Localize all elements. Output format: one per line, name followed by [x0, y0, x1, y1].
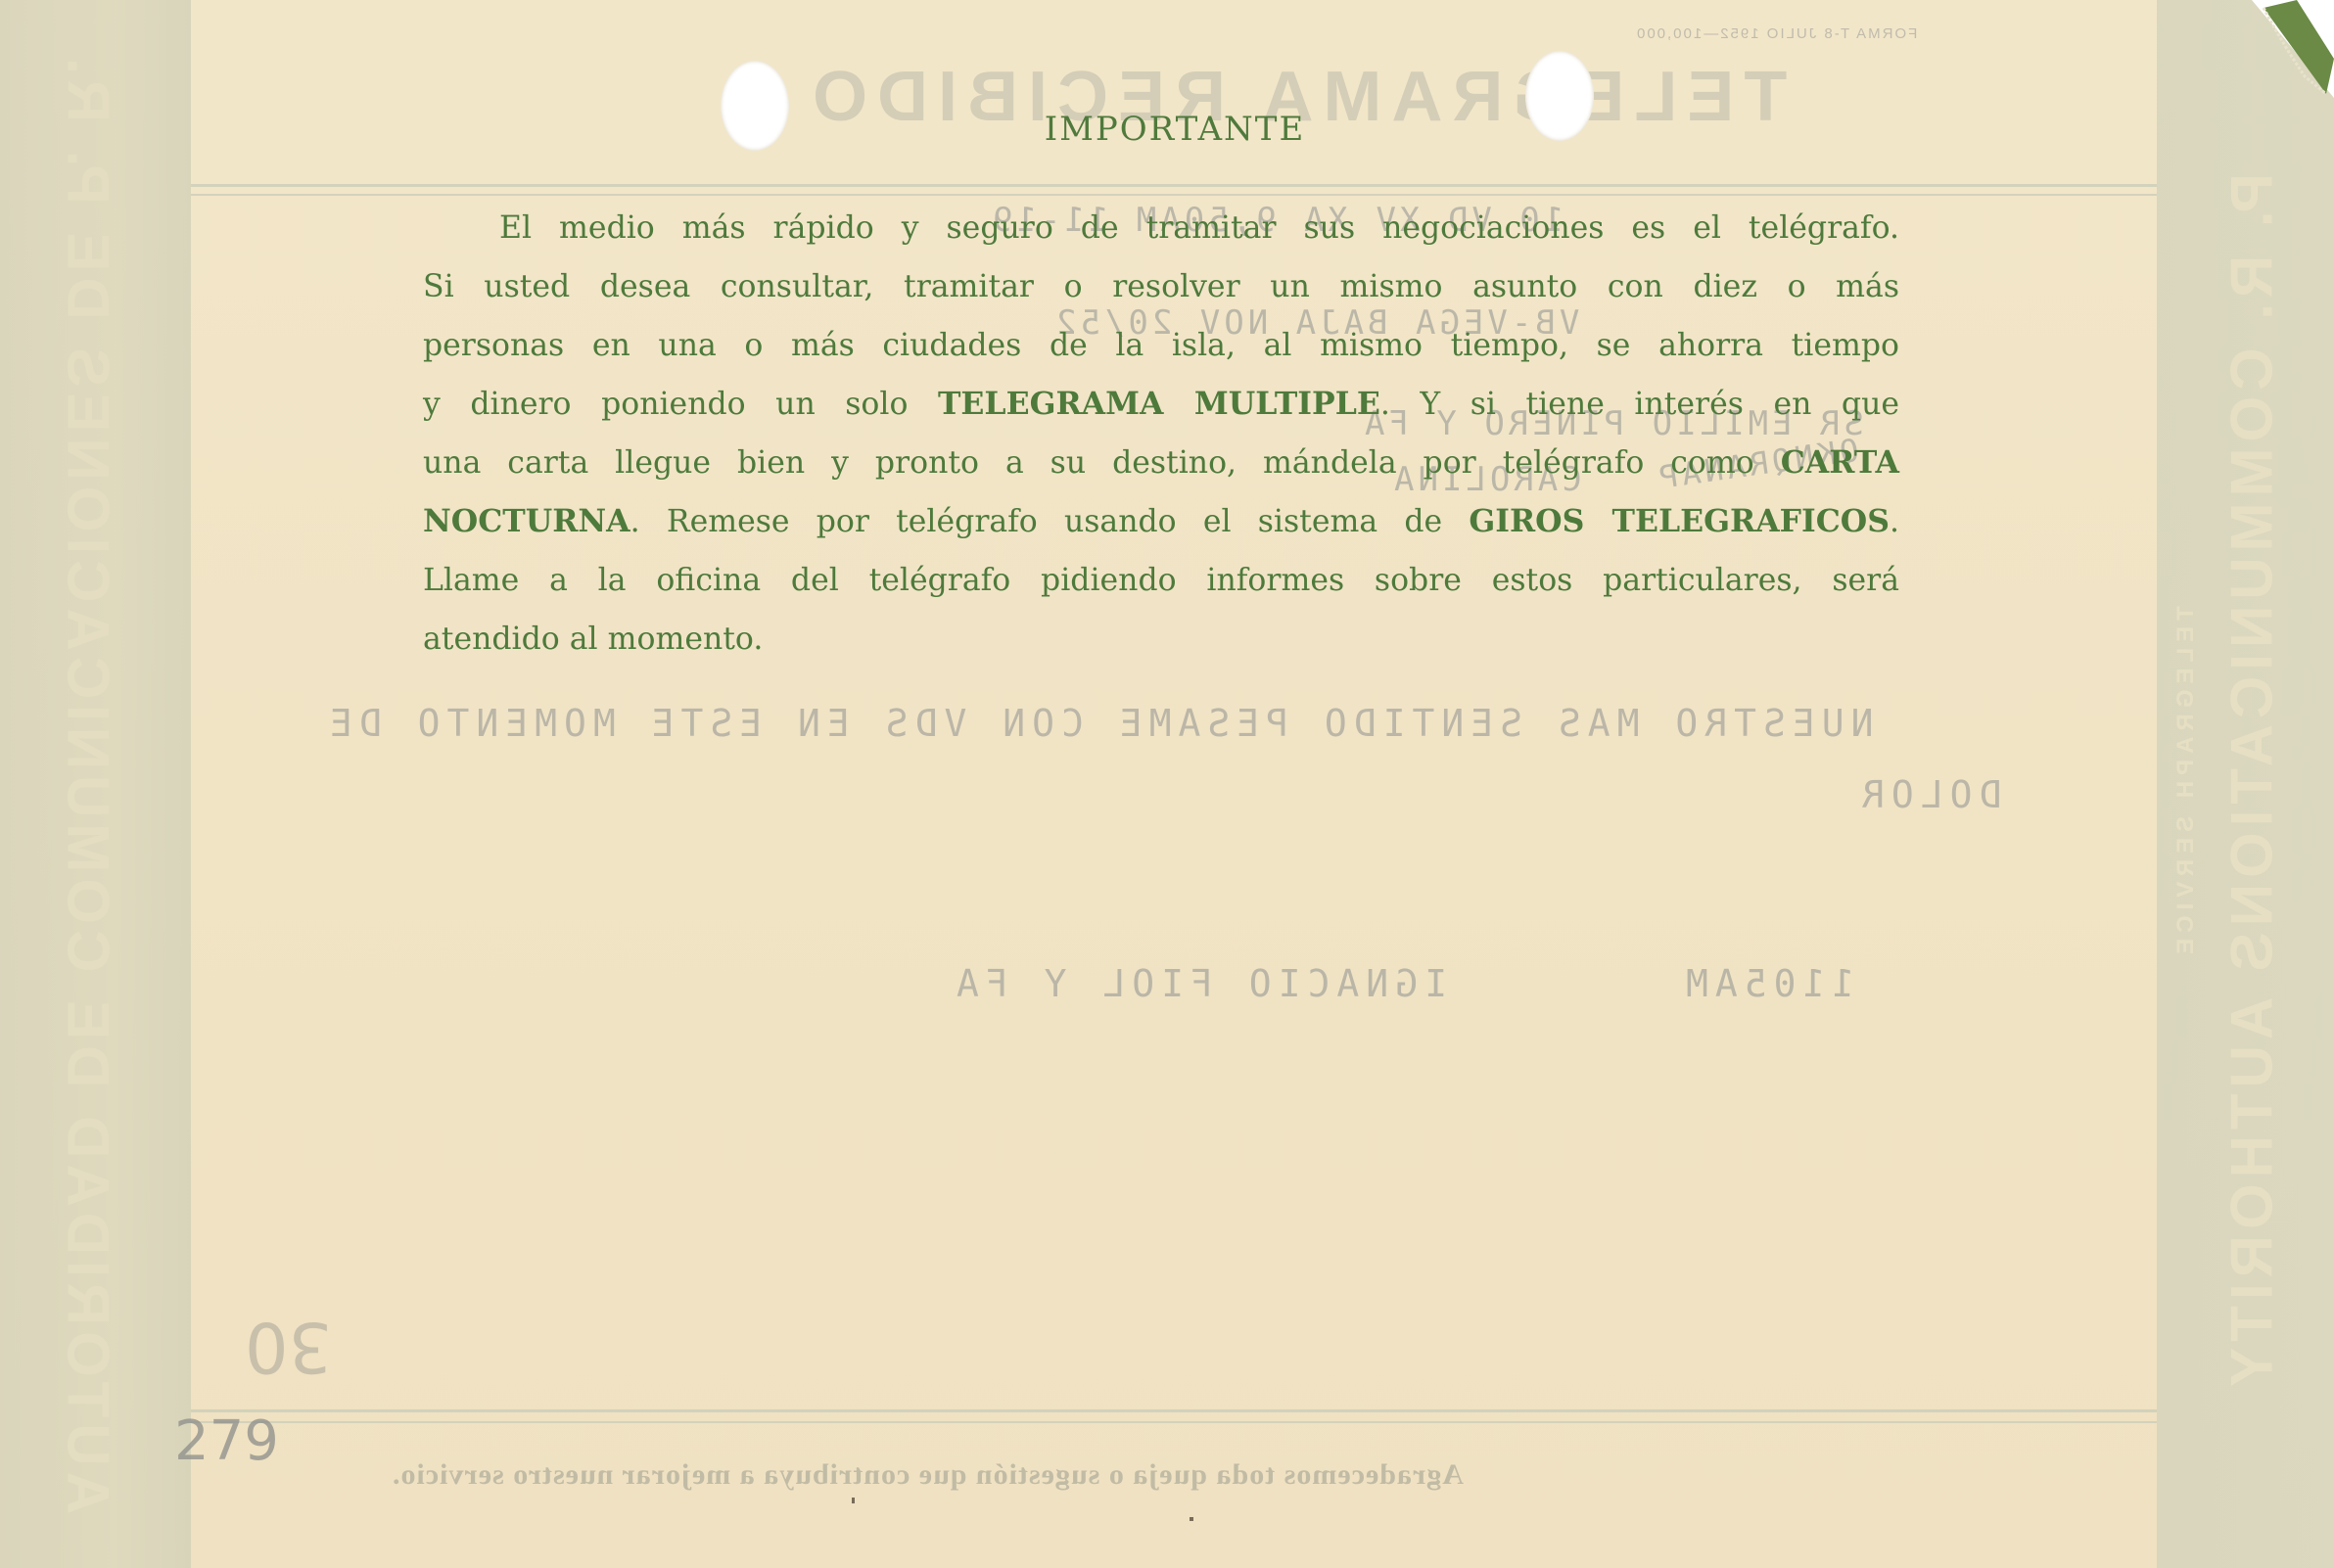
- right-band-show-through-subtext: TELEGRAPH SERVICE: [2172, 606, 2200, 960]
- paragraph-line: personas en una o más ciudades de la isl…: [423, 316, 1899, 375]
- punch-hole-right: [1525, 51, 1594, 141]
- paragraph-line: atendido al momento.: [423, 610, 1899, 669]
- show-through-footer: Agradecemos toda queja o sugestión que c…: [392, 1458, 1464, 1492]
- paragraph-line: una carta llegue bien y pronto a su dest…: [423, 434, 1899, 492]
- paper-speck: [852, 1498, 855, 1503]
- emphasized-term: TELEGRAMA MULTIPLE: [938, 386, 1380, 422]
- punch-hole-left: [721, 61, 789, 151]
- text-segment: .: [1890, 504, 1899, 539]
- text-segment: y dinero poniendo un solo: [423, 387, 938, 422]
- text-segment: Llame a la oficina del telégrafo pidiend…: [423, 563, 1899, 598]
- paragraph-line: y dinero poniendo un solo TELEGRAMA MULT…: [423, 375, 1899, 434]
- bottom-rule-line-secondary: [191, 1421, 2157, 1423]
- text-segment: atendido al momento.: [423, 622, 763, 657]
- paragraph-line: Llame a la oficina del telégrafo pidiend…: [423, 551, 1899, 610]
- paragraph-line: El medio más rápido y seguro de tramitar…: [423, 199, 1899, 257]
- pencil-number-279: 279: [174, 1409, 279, 1473]
- right-band-show-through-text: P. R. COMMUNICATIONS AUTHORITY: [2218, 173, 2286, 1393]
- notice-title: IMPORTANTE: [1018, 110, 1331, 149]
- text-segment: Si usted desea consultar, tramitar o res…: [423, 269, 1899, 304]
- show-through-signature: IGNACIO FIOL Y FA: [950, 962, 1447, 1005]
- text-segment: . Remese por telégrafo usando el sistema…: [630, 504, 1470, 539]
- top-rule-line: [191, 184, 2157, 187]
- paragraph-line: Si usted desea consultar, tramitar o res…: [423, 257, 1899, 316]
- show-through-message-line-1: NUESTRO MAS SENTIDO PESAME CON VDS EN ES…: [323, 702, 1874, 745]
- text-segment: El medio más rápido y seguro de tramitar…: [499, 210, 1899, 246]
- emphasized-term: GIROS TELEGRAFICOS: [1469, 503, 1890, 539]
- paper-speck: [1190, 1517, 1193, 1521]
- text-segment: personas en una o más ciudades de la isl…: [423, 328, 1899, 363]
- text-segment: . Y si tiene interés en que: [1380, 387, 1899, 422]
- text-segment: una carta llegue bien y pronto a su dest…: [423, 445, 1781, 481]
- emphasized-term: NOCTURNA: [423, 503, 630, 539]
- bottom-rule-line: [191, 1409, 2157, 1412]
- corner-fold-tab: [2236, 0, 2334, 98]
- show-through-form-code: FORMA T-8 JULIO 1952—100,000: [1635, 25, 1917, 42]
- emphasized-term: CARTA: [1781, 444, 1899, 481]
- show-through-message-line-2: DOLOR: [1855, 773, 2001, 816]
- notice-paragraph: El medio más rápido y seguro de tramitar…: [423, 199, 1899, 669]
- paragraph-line: NOCTURNA. Remese por telégrafo usando el…: [423, 492, 1899, 551]
- top-rule-line-secondary: [191, 194, 2157, 196]
- show-through-time: 1105AM: [1679, 962, 1854, 1005]
- left-band-show-through-text: AUTORIDAD DE COMUNICACIONES DE P. R.: [55, 52, 122, 1514]
- pencil-number-30: 30: [245, 1307, 332, 1387]
